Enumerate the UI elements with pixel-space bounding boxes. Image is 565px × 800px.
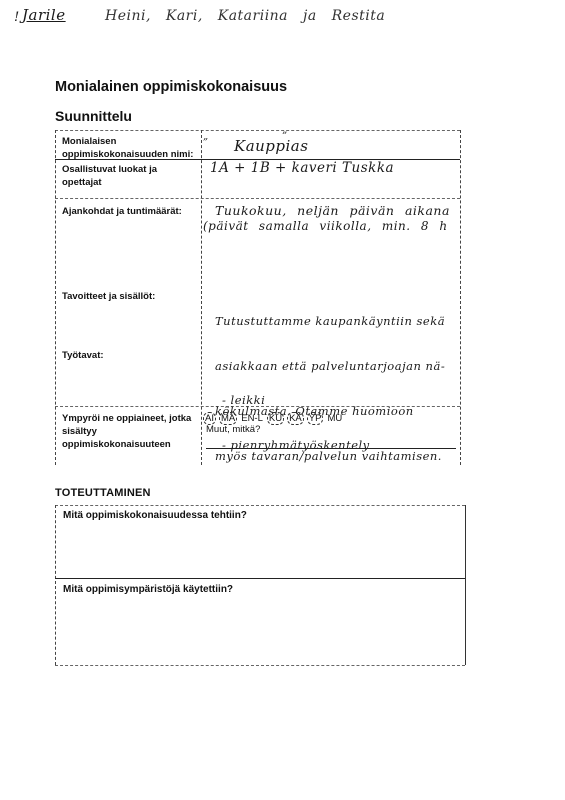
project-name-value[interactable]: Kauppias bbox=[234, 137, 308, 155]
method-item: - leikki bbox=[222, 393, 370, 408]
question-learning-environments: Mitä oppimisympäristöjä käytettiin? bbox=[63, 584, 233, 595]
subject-option-en-l[interactable]: EN-L bbox=[240, 413, 264, 424]
answer-activities-field[interactable] bbox=[63, 525, 458, 573]
handwritten-group-label: Jarile bbox=[22, 6, 66, 24]
schedule-value-line[interactable]: (päivät samalla viikolla, min. 8 h bbox=[203, 219, 448, 233]
subject-option-mu[interactable]: MU bbox=[326, 413, 343, 424]
participating-classes-value[interactable]: 1A + 1B + kaveri Tuskka bbox=[210, 160, 394, 176]
implementation-heading: TOTEUTTAMINEN bbox=[55, 487, 151, 499]
quote-mark: ” bbox=[282, 131, 288, 142]
participating-classes-label: Osallistuvat luokat ja opettajat bbox=[62, 163, 182, 189]
goals-line: Tutustuttamme kaupankäyntiin sekä bbox=[215, 314, 445, 329]
project-name-label: Monialaisen oppimiskokonaisuuden nimi: bbox=[62, 135, 202, 161]
answer-learning-environments-field[interactable] bbox=[63, 600, 458, 660]
table-border-left bbox=[55, 505, 56, 665]
document-title: Monialainen oppimiskokonaisuus bbox=[55, 79, 287, 95]
quote-mark: „ bbox=[203, 131, 209, 142]
table-border-right bbox=[460, 130, 461, 465]
table-border-top bbox=[55, 130, 460, 131]
table-border-right bbox=[465, 505, 466, 665]
table-border-left bbox=[55, 130, 56, 465]
table-border-bottom bbox=[55, 665, 465, 666]
other-subjects-input-line[interactable] bbox=[206, 448, 456, 449]
subjects-label: Ympyröi ne oppiaineet, jotka sisältyy op… bbox=[62, 412, 202, 451]
table-row-divider bbox=[55, 578, 465, 579]
table-border-top bbox=[55, 505, 465, 506]
handwritten-participant-names: Heini, Kari, Katariina ja Restita bbox=[105, 8, 385, 24]
goals-label: Tavoitteet ja sisällöt: bbox=[62, 290, 155, 303]
working-methods-label: Työtavat: bbox=[62, 349, 104, 362]
table-row-divider bbox=[55, 198, 460, 199]
subject-option-yp[interactable]: YP bbox=[307, 412, 324, 425]
planning-heading: Suunnittelu bbox=[55, 108, 132, 124]
schedule-value-line[interactable]: Tuukokuu, neljän päivän aikana bbox=[215, 203, 450, 218]
other-subjects-label: Muut, mitkä? bbox=[206, 424, 260, 435]
margin-mark: ! bbox=[14, 10, 20, 25]
method-item: - pienryhmätyöskentely bbox=[222, 438, 370, 453]
subject-option-kä[interactable]: KÄ bbox=[287, 412, 304, 425]
question-activities: Mitä oppimiskokonaisuudessa tehtiin? bbox=[63, 510, 247, 521]
subject-option-ku[interactable]: KU bbox=[267, 412, 284, 425]
schedule-label: Ajankohdat ja tuntimäärät: bbox=[62, 205, 182, 218]
